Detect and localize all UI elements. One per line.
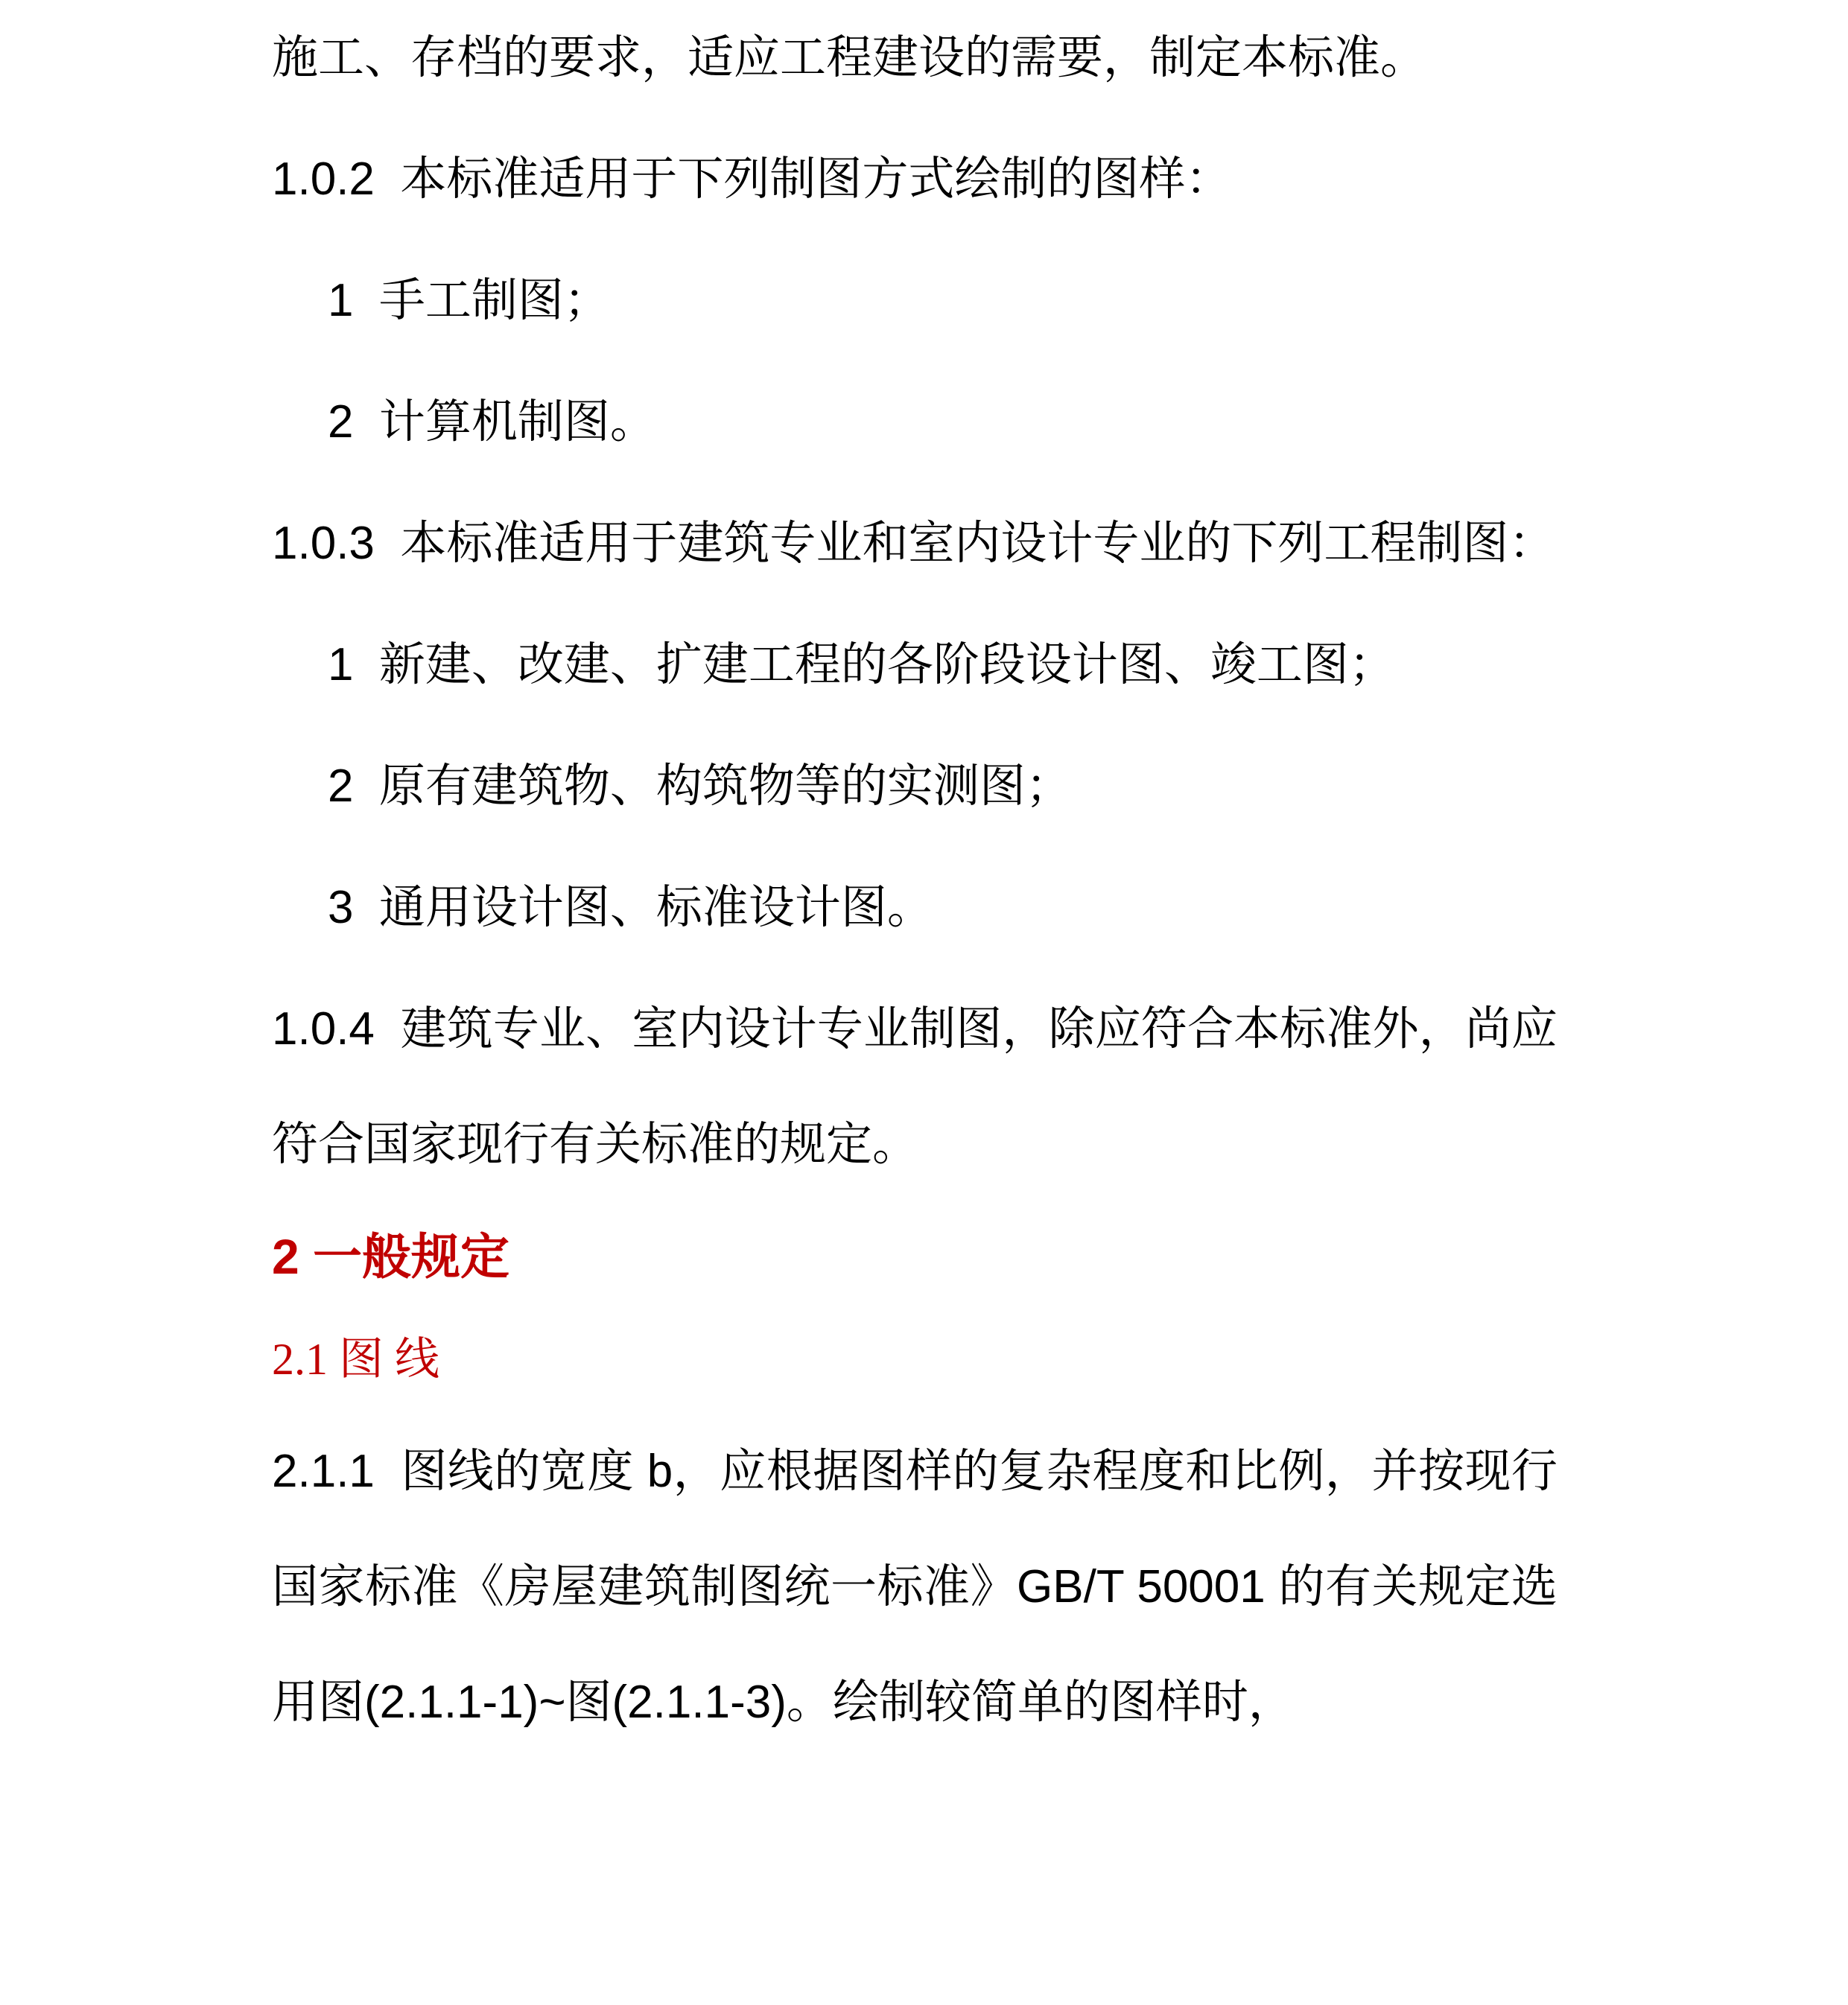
section-2-1-heading: 2.1 图 线	[272, 1311, 1558, 1408]
paragraph-intro-continuation: 施工、存档的要求，适应工程建设的需要，制定本标准。	[272, 0, 1558, 115]
clause-1-0-3-item-1: 1 新建、改建、扩建工程的各阶段设计图、竣工图；	[272, 607, 1558, 722]
clause-1-0-4: 1.0.4 建筑专业、室内设计专业制图，除应符合本标准外，尚应符合国家现行有关标…	[272, 971, 1558, 1202]
clause-1-0-3-item-3: 3 通用设计图、标准设计图。	[272, 850, 1558, 965]
clause-2-1-1: 2.1.1 图线的宽度 b，应根据图样的复杂程度和比例，并按现行国家标准《房屋建…	[272, 1414, 1558, 1760]
clause-1-0-3-item-2: 2 原有建筑物、构筑物等的实测图；	[272, 728, 1558, 844]
document-page: 施工、存档的要求，适应工程建设的需要，制定本标准。 1.0.2 本标准适用于下列…	[0, 0, 1848, 2005]
clause-1-0-3: 1.0.3 本标准适用于建筑专业和室内设计专业的下列工程制图：	[272, 486, 1558, 601]
clause-1-0-2: 1.0.2 本标准适用于下列制图方式绘制的图样：	[272, 121, 1558, 237]
chapter-2-heading: 2 一般规定	[272, 1208, 1558, 1305]
clause-1-0-2-item-2: 2 计算机制图。	[272, 364, 1558, 480]
clause-1-0-2-item-1: 1 手工制图；	[272, 243, 1558, 358]
